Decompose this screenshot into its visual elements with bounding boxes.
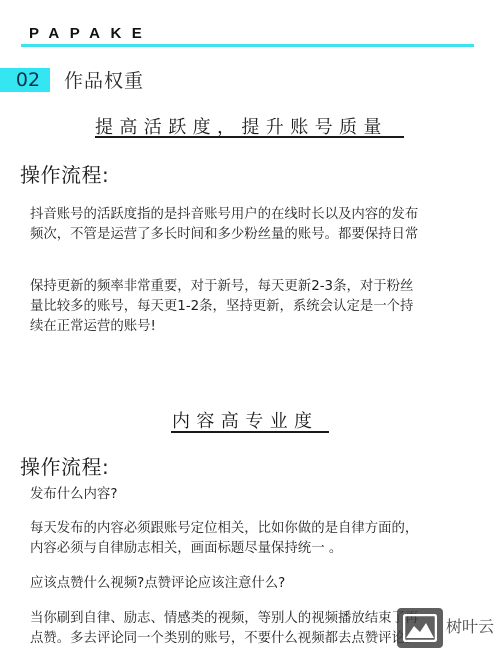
watermark-text: 树叶云 [446, 614, 494, 637]
paragraph: 保持更新的频率非常重要，对于新号，每天更新2-3条，对于粉丝 量比较多的账号，每… [30, 277, 490, 337]
block-heading-professional: 内容高专业度 [172, 407, 318, 433]
watermark-badge [397, 608, 443, 648]
section-number-badge: 02 [0, 68, 50, 92]
paragraph: 每天发布的内容必须跟账号定位相关，比如你做的是自律方面的， 内容必须与自律励志相… [30, 519, 490, 559]
section-title: 作品权重 [64, 66, 144, 93]
sub-heading-process: 操作流程: [20, 159, 109, 188]
paragraph: 发布什么内容? [30, 485, 490, 505]
image-icon [403, 614, 437, 642]
brand-divider [21, 44, 474, 47]
document-page: PAPAKE 02 作品权重 提高活跃度，提升账号质量 操作流程: 抖音账号的活… [0, 0, 500, 656]
sub-heading-process: 操作流程: [20, 451, 109, 480]
paragraph: 抖音账号的活跃度指的是抖音账号用户的在线时长以及内容的发布 频次，不管是运营了多… [30, 205, 490, 245]
paragraph: 应该点赞什么视频?点赞评论应该注意什么? [30, 574, 490, 594]
heading-underline [95, 136, 404, 138]
heading-underline [171, 431, 329, 433]
brand-logo-text: PAPAKE [29, 25, 152, 42]
